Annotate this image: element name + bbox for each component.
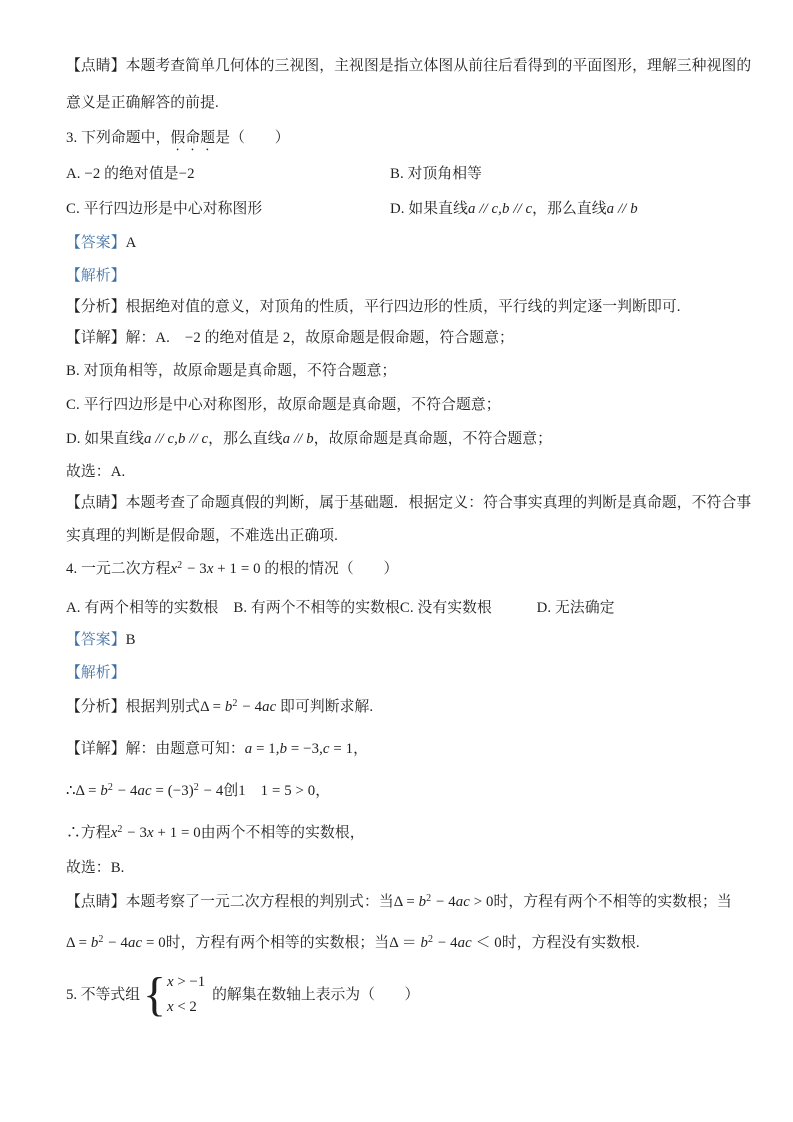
option-item: D. 如果直线a // c,b // c，那么直线a // b xyxy=(390,198,638,220)
doc-line: Δ = b2 − 4ac = 0时，方程有两个相等的实数根；当Δ ＝ b2 − … xyxy=(66,932,640,956)
doc-line: 【点睛】本题考查简单几何体的三视图，主视图是指立体图从前往后看得到的平面图形，理… xyxy=(66,55,751,77)
text: A. xyxy=(66,166,84,182)
doc-line: 【答案】A xyxy=(66,232,136,254)
math-superscript: 2 xyxy=(232,698,237,709)
doc-line: 4. 一元二次方程x2 − 3x + 1 = 0 的根的情况（ ） xyxy=(66,558,398,582)
math: − 4 xyxy=(434,935,458,951)
system-rows: x > −1x < 2 xyxy=(167,970,205,1020)
doc-line: 【答案】B xyxy=(66,629,136,651)
text: 的绝对值是 2，故原命题是假命题，符合题意； xyxy=(201,330,514,346)
math-superscript: 2 xyxy=(98,934,103,945)
text: 实真理的判断是假命题，不难选出正确项. xyxy=(66,528,338,544)
inequality-row: x < 2 xyxy=(167,995,205,1020)
text: 【分析】根据判别式 xyxy=(66,699,200,715)
math: > 0 xyxy=(470,894,494,910)
text: B. 对顶角相等 xyxy=(390,166,482,182)
text: 由两个不相等的实数根， xyxy=(201,825,365,841)
doc-line: 【分析】根据判别式Δ = b2 − 4ac 即可判断求解. xyxy=(66,696,373,720)
doc-line: 意义是正确解答的前提. xyxy=(66,92,219,114)
math: − 4 xyxy=(114,783,138,799)
math-italic: b xyxy=(100,783,108,799)
math: = 1 xyxy=(330,741,354,757)
math-italic: b xyxy=(420,935,428,951)
doc-line: A. −2 的绝对值是−2B. 对顶角相等 xyxy=(66,163,746,185)
text: 【详解】解：由题意可知： xyxy=(66,741,245,757)
math: Δ = xyxy=(394,894,419,910)
text: 的根的情况（ ） xyxy=(261,561,399,577)
math: Δ ＝ xyxy=(389,935,420,951)
text: A xyxy=(126,235,137,251)
doc-line: 【详解】解：A. −2 的绝对值是 2，故原命题是假命题，符合题意； xyxy=(66,327,514,349)
label-blue: 【答案】 xyxy=(66,632,126,648)
doc-line: A. 有两个相等的实数根 B. 有两个不相等的实数根C. 没有实数根 D. 无法… xyxy=(66,597,615,619)
text: 意义是正确解答的前提. xyxy=(66,95,219,111)
math-italic: x xyxy=(167,974,174,990)
inequality-system-line: 5. 不等式组{x > −1x < 2的解集在数轴上表示为（ ） xyxy=(66,968,419,1022)
math-italic: x xyxy=(167,999,174,1015)
option-item: C. 平行四边形是中心对称图形 xyxy=(66,198,262,220)
text: 故选：B. xyxy=(66,860,124,876)
math: ＜ 0 xyxy=(472,935,502,951)
math-superscript: 2 xyxy=(177,560,182,571)
doc-line: C. 平行四边形是中心对称图形，故原命题是真命题，不符合题意； xyxy=(66,394,501,416)
text: A. 有两个相等的实数根 B. 有两个不相等的实数根C. 没有实数根 D. 无法… xyxy=(66,600,615,616)
math-italic: ac xyxy=(456,894,470,910)
text: 即可判断求解. xyxy=(276,699,373,715)
math: = 0 xyxy=(142,935,166,951)
math: Δ = xyxy=(200,699,225,715)
label-blue: 【解析】 xyxy=(66,665,126,681)
math: −2 xyxy=(179,166,195,182)
doc-line: C. 平行四边形是中心对称图形D. 如果直线a // c,b // c，那么直线… xyxy=(66,198,746,220)
question-stem-prefix: 5. 不等式组 xyxy=(66,984,140,1006)
math: − 4 xyxy=(239,699,263,715)
math-italic: b xyxy=(419,894,427,910)
text: C. 平行四边形是中心对称图形，故原命题是真命题，不符合题意； xyxy=(66,397,501,413)
text: 【分析】根据绝对值的意义，对顶角的性质，平行四边形的性质，平行线的判定逐一判断即… xyxy=(66,299,681,315)
math: = (−3) xyxy=(152,783,194,799)
doc-line: 故选：B. xyxy=(66,857,124,879)
text: 的绝对值是 xyxy=(100,166,178,182)
document-page: 【点睛】本题考查简单几何体的三视图，主视图是指立体图从前往后看得到的平面图形，理… xyxy=(0,0,793,1122)
math-italic: a // b xyxy=(283,431,314,447)
text: 【点睛】本题考查了命题真假的判断，属于基础题．根据定义：符合事实真理的判断是真命… xyxy=(66,495,751,511)
option-item: A. −2 的绝对值是−2 xyxy=(66,163,195,185)
doc-line: D. 如果直线a // c,b // c，那么直线a // b，故原命题是真命题… xyxy=(66,428,552,450)
math-italic: x xyxy=(147,825,154,841)
text: 【点睛】本题考查简单几何体的三视图，主视图是指立体图从前往后看得到的平面图形，理… xyxy=(66,58,751,74)
math: − 3 xyxy=(123,825,147,841)
text: ，故原命题是真命题，不符合题意； xyxy=(314,431,552,447)
math: − 4 xyxy=(104,935,128,951)
text: 故选：A. xyxy=(66,464,125,480)
doc-line: 3. 下列命题中，假命题是（ ） xyxy=(66,127,290,154)
doc-line: 【分析】根据绝对值的意义，对顶角的性质，平行四边形的性质，平行线的判定逐一判断即… xyxy=(66,296,681,318)
math-italic: ac xyxy=(138,783,152,799)
math-italic: ac xyxy=(458,935,472,951)
math-superscript: 2 xyxy=(108,782,113,793)
system-brace: { xyxy=(143,968,166,1022)
math: − 4创1 1 = 5 > 0 xyxy=(200,783,315,799)
doc-line: 【解析】 xyxy=(66,662,126,684)
math-italic: ac xyxy=(262,699,276,715)
text: 时，方程有两个相等的实数根；当 xyxy=(166,935,389,951)
math-superscript: 2 xyxy=(426,893,431,904)
doc-line: ∴方程x2 − 3x + 1 = 0由两个不相等的实数根， xyxy=(66,822,365,846)
math: − 4 xyxy=(432,894,456,910)
math: = 1, xyxy=(252,741,279,757)
math-italic: c xyxy=(323,741,330,757)
label-blue: 【解析】 xyxy=(66,268,126,284)
math-superscript: 2 xyxy=(194,782,199,793)
math-italic: a // b xyxy=(607,201,638,217)
math: = −3, xyxy=(287,741,323,757)
text: ， xyxy=(315,783,330,799)
math: < 2 xyxy=(174,999,197,1015)
doc-line: 【点睛】本题考察了一元二次方程根的判别式：当Δ = b2 − 4ac > 0时，… xyxy=(66,891,732,915)
doc-line: ∴Δ = b2 − 4ac = (−3)2 − 4创1 1 = 5 > 0， xyxy=(66,780,330,804)
text: B. 对顶角相等，故原命题是真命题，不符合题意； xyxy=(66,363,396,379)
doc-line: 故选：A. xyxy=(66,461,125,483)
text: ，那么直线 xyxy=(208,431,283,447)
doc-line: 【点睛】本题考查了命题真假的判断，属于基础题．根据定义：符合事实真理的判断是真命… xyxy=(66,492,751,514)
doc-line: B. 对顶角相等，故原命题是真命题，不符合题意； xyxy=(66,360,396,382)
text: 是（ ） xyxy=(215,130,290,146)
math-superscript: 2 xyxy=(117,824,122,835)
math: > −1 xyxy=(174,974,206,990)
math-italic: a // c,b // c xyxy=(468,201,532,217)
text: 【详解】解：A. xyxy=(66,330,185,346)
text: 【点睛】本题考察了一元二次方程根的判别式：当 xyxy=(66,894,394,910)
text: ∴方程 xyxy=(66,825,111,841)
text: D. 如果直线 xyxy=(66,431,144,447)
text: 时，方程有两个不相等的实数根；当 xyxy=(493,894,731,910)
doc-line: 【详解】解：由题意可知：a = 1,b = −3,c = 1， xyxy=(66,738,368,760)
emphasized-text: 假命题 xyxy=(170,130,215,146)
math-italic: a // c,b // c xyxy=(144,431,208,447)
text: 时，方程没有实数根. xyxy=(502,935,640,951)
math-italic: ac xyxy=(128,935,142,951)
inequality-row: x > −1 xyxy=(167,970,205,995)
math: − 3 xyxy=(183,561,207,577)
option-item: B. 对顶角相等 xyxy=(390,163,482,185)
math: Δ = xyxy=(66,935,91,951)
text: B xyxy=(126,632,136,648)
question-stem-suffix: 的解集在数轴上表示为（ ） xyxy=(212,984,419,1006)
math: −2 xyxy=(185,330,201,346)
math: −2 xyxy=(84,166,100,182)
doc-line: 实真理的判断是假命题，不难选出正确项. xyxy=(66,525,338,547)
text: 3. 下列命题中， xyxy=(66,130,170,146)
text: 4. 一元二次方程 xyxy=(66,561,170,577)
text: ，那么直线 xyxy=(532,201,607,217)
math-italic: b xyxy=(280,741,288,757)
math: + 1 = 0 xyxy=(154,825,201,841)
math-superscript: 2 xyxy=(428,934,433,945)
label-blue: 【答案】 xyxy=(66,235,126,251)
text: ， xyxy=(353,741,368,757)
doc-line: 【解析】 xyxy=(66,265,126,287)
text: C. 平行四边形是中心对称图形 xyxy=(66,201,262,217)
math: ∴Δ = xyxy=(66,783,100,799)
text: D. 如果直线 xyxy=(390,201,468,217)
math: + 1 = 0 xyxy=(213,561,260,577)
